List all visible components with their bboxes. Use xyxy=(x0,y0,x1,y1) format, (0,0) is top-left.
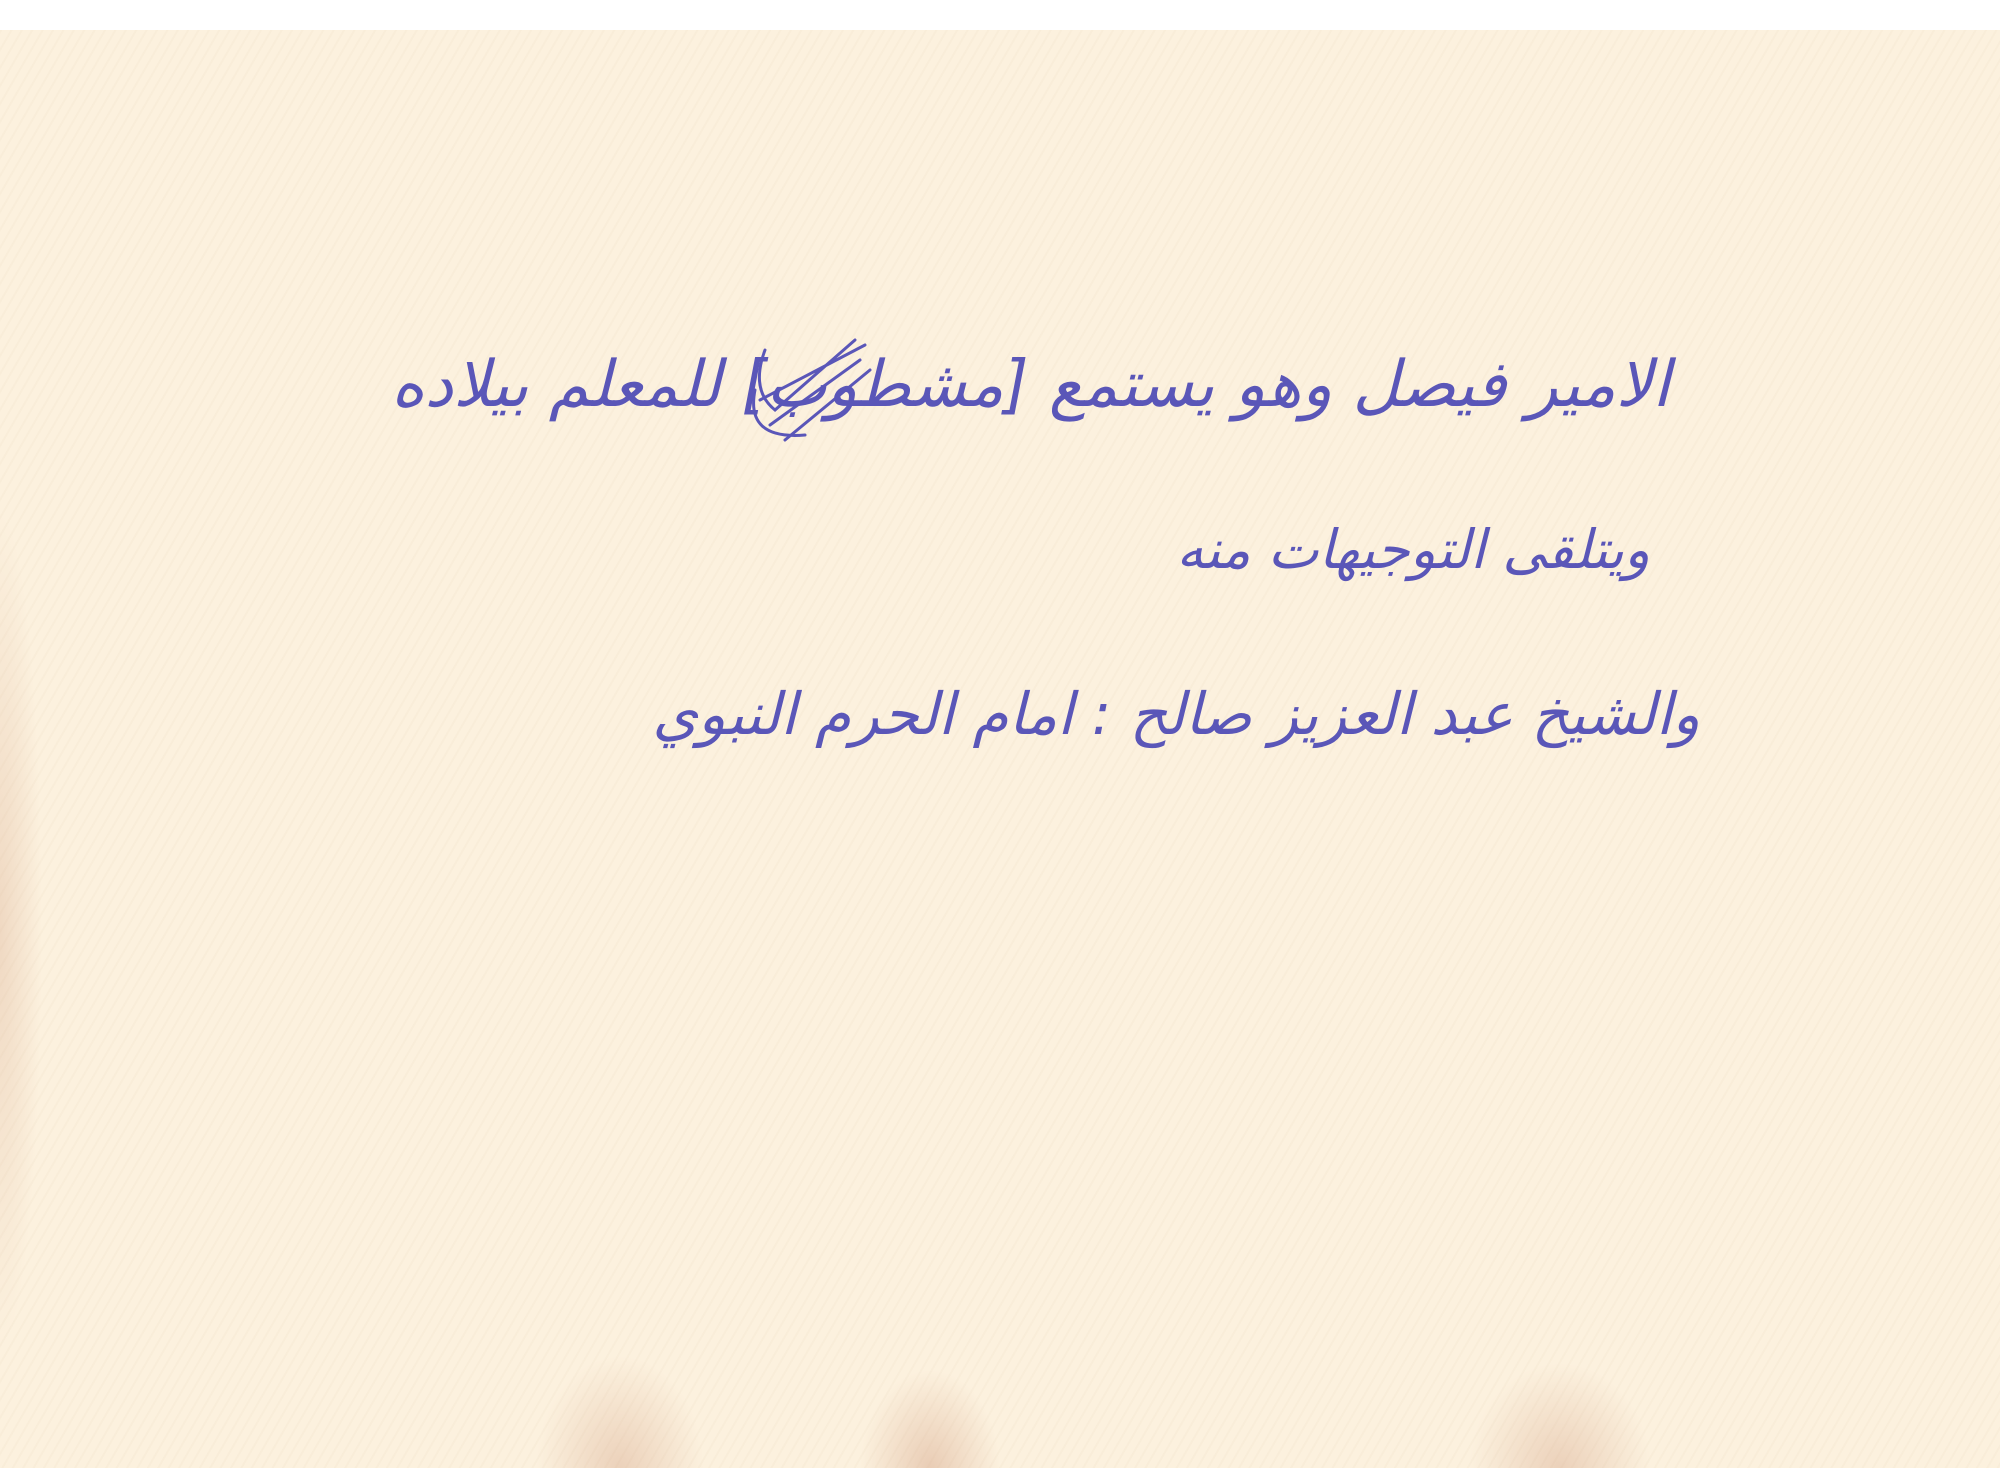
handwritten-line-2: ويتلقى التوجيهات منه xyxy=(1176,518,1650,581)
handwritten-line-3: والشيخ عبد العزيز صالح : امام الحرم النب… xyxy=(652,680,1700,748)
photo-back-card: الامير فيصل وهو يستمع [مشطوب] للمعلم بيل… xyxy=(0,30,2000,1468)
handwritten-line-1: الامير فيصل وهو يستمع [مشطوب] للمعلم بيل… xyxy=(391,348,1670,422)
scan-top-margin xyxy=(0,0,2000,30)
crossed-out-scribble xyxy=(745,330,875,450)
